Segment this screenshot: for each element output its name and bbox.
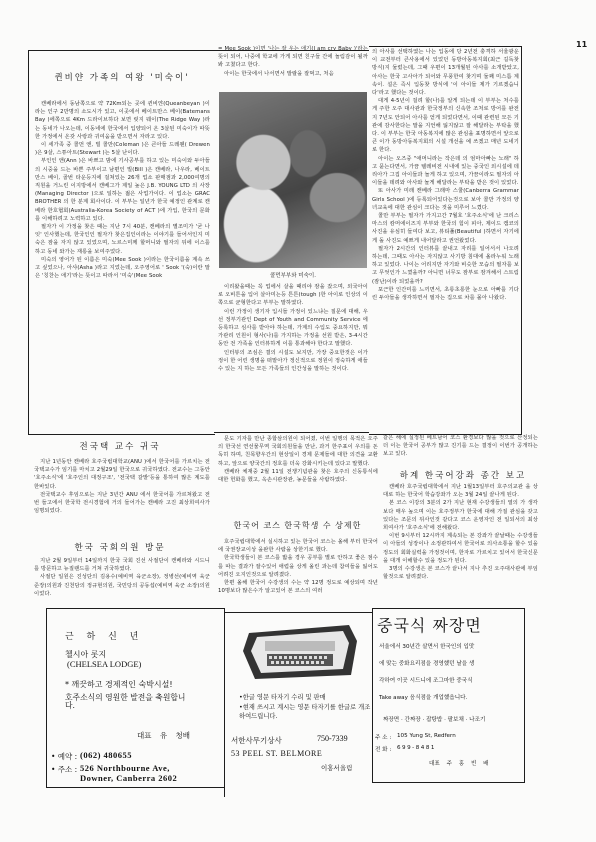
- feature-article-col2: = Mee Sook )이면 '나는 잘 우는 애기(I am cry Baby…: [218, 45, 368, 78]
- professor-article: 지난 1년동안 캔베라 호주국립대학교(ANU )에서 한국어를 가르치는 전국…: [34, 458, 210, 515]
- paragraph: 콜만 부부는 필자가 가지고간 7월호 '호주소식'에 난 크리스마스의 캄머에…: [372, 212, 519, 245]
- paragraph: 호주국립대학에서 실시하고 있는 한국어 코스는 올해 부터 한국어에 국권장교…: [218, 538, 378, 554]
- paragraph: 지난 2월 9일부터 14일까지 한국 국회 진선 사절단이 캔베라와 시드니를…: [34, 557, 210, 573]
- assembly-headline: 한국 국회의원 방문: [30, 541, 210, 553]
- reservation-label: • 예약 :: [51, 751, 77, 762]
- restaurant-line1: 서울에서 30년간 살면서 한국인의 입맛: [379, 642, 474, 650]
- restaurant-line4: Take away 음식점을 개업했읍니다.: [379, 693, 467, 701]
- address-line2: Downer, Canberra 2602: [80, 773, 177, 783]
- paragraph: 필자가 2시간의 인터뷰를 끝내고 자리를 일어서서 나오려 하는데, 그때도 …: [372, 245, 519, 286]
- feature-headline: 퀸비얀 가족의 여왕 '미숙이': [32, 71, 212, 83]
- chelsea-lodge-ad: 근 하 신 년 첼시아 롯지 (CHELSEA LODGE) * 깨끗하고 경제…: [46, 608, 225, 788]
- paragraph: 캔베라 호주국립대학에서 지난 1월13일부터 호주의교관 을 상대로 하는 한…: [383, 483, 538, 499]
- address-label: • 주소 :: [51, 764, 77, 775]
- typewriter-phone: 750-7339: [317, 734, 348, 743]
- typewriter-service-1: •한글 영문 타자기 수리 및 판매: [239, 693, 371, 702]
- paragraph: 지난 1년동안 캔베라 호주국립대학교(ANU )에서 한국어를 가르치는 전국…: [34, 458, 210, 491]
- photo-caption: 콜먼부부와 미숙이.: [219, 271, 367, 279]
- paragraph: 전국택교수 후임으로는 지난 3년간 ANU 에서 한국어를 가르쳐왔고 전번 …: [34, 491, 210, 516]
- paragraph: 문도 기자를 만난 종합삼의원이 되어졌, 이번 일행의 목적은 오주의 한국선…: [218, 435, 378, 468]
- lodge-wish: 호주소식의 영원한 발전을 축원합니다.: [65, 694, 195, 710]
- typewriter-service-2: •현재 쓰시고 계시는 영문 타자기를 한글로 개조하여드립니다.: [239, 703, 371, 721]
- paragraph: 아이는 오즈중 "애머니라는 작은데 의 엄마아빠는 노래" 하고 묻는다면서,…: [372, 155, 519, 188]
- paragraph: 이번 9시부터 12시까지 계속되는 본 강좌가 끝날때는 수강생들이 아들의 …: [383, 532, 538, 565]
- paragraph: 이 세가족 중 콜먼 앤, 빌 콜만(Coleman )은 큰아들 드레웬( D…: [35, 141, 210, 157]
- paragraph: 캔베라에서 동남쪽으로 약 72Km되는 곳에 퀸비얀(Queanbeyan )…: [35, 100, 210, 141]
- paragraph: 이리왔을때는 꼭 업에서 살을 때리야 잠을 잤으며, 외국아이로 오비튼을 입…: [218, 283, 368, 308]
- course-headline: 한국어 코스 한국학생 수 상제한: [215, 520, 380, 531]
- paragraph: 부인인 앤(Ann )은 바쁘고 밤에 기사공부를 하고 있는 미숙이와 두아들…: [35, 157, 210, 223]
- address-line1: 526 Northbourne Ave,: [80, 763, 170, 773]
- paragraph: 인터뷰의 조심은 결의 시설도 보지만, 가장 중요한것은 이가정이 한 어린 …: [218, 349, 368, 374]
- course-article: 호주국립대학에서 실시하고 있는 한국어 코스는 올해 부터 한국어에 국권장교…: [218, 538, 378, 595]
- report-headline: 하계 한국어강좌 종간 보고: [383, 469, 543, 481]
- feature-article-col3: 의 아사를 선택하였는 나는 입동에 당 2년전 충격하 서울광운이 교전부터 …: [372, 48, 519, 302]
- restaurant-line2: 에 맞는 중화요리점을 경영했던 날을 생: [379, 659, 474, 667]
- restaurant-address: 105 Yung St, Redfern: [397, 733, 456, 739]
- paragraph: = Mee Sook )이면 '나는 잘 우는 애기(I am cry Baby…: [218, 45, 368, 70]
- feature-article-col2-cont: 이리왔을때는 꼭 업에서 살을 때리야 잠을 잤으며, 외국아이로 오비튼을 입…: [218, 283, 368, 373]
- paragraph: 한편 올해 한국어 수강생의 수는 약 12명 정도로 예상되며 작년 10명보…: [218, 579, 378, 595]
- restaurant-phone-label: 전 화 :: [375, 745, 391, 753]
- lodge-tagline: * 깨끗하고 경제적인 숙박시설!: [65, 679, 173, 690]
- restaurant-title: 중국식 짜장면: [377, 613, 482, 636]
- paragraph: 미숙의 영어가 된 이름은 미숙(Mee Sook )이라는 한국이름을 계속 …: [35, 256, 210, 281]
- paragraph: 아이는 한국에서 나서면서 발랄을 잘먹고, 처음: [218, 70, 368, 78]
- paragraph: 캔베라 체재중 2월 11일 전쟁기념관을 찾은 호주의 신동통식에 대한 헌화…: [218, 468, 378, 484]
- restaurant-phone: 699-8481: [397, 745, 436, 751]
- course-article-col3: 같은 해에 실정된 베트남어 코스 환경보다 많을 것으로 산정되는 더 이는 …: [383, 434, 538, 459]
- assembly-article-col2: 문도 기자를 만난 종합삼의원이 되어졌, 이번 일행의 목적은 오주의 한국선…: [218, 435, 378, 484]
- paragraph: 사절단 일원은 진성단의 김용수(예비역 육군소장), 정병선(예비역 육군준장…: [34, 573, 210, 598]
- restaurant-representative: 대표 주 홍 빈 배: [429, 759, 489, 767]
- jajangmyeon-ad: 중국식 짜장면 서울에서 30년간 살면서 한국인의 입맛 에 맞는 중화요리점…: [372, 608, 525, 783]
- paragraph: 본 코스 이강의 3분의 2가 지난 현재 수강생들의 열의 가 생각보다 매우…: [383, 499, 538, 532]
- report-article: 캔베라 호주국립대학에서 지난 1월13일부터 호주의교관 을 상대로 하는 한…: [383, 483, 538, 581]
- professor-headline: 전국택 교수 귀국: [30, 440, 210, 452]
- typewriter-icon: [241, 621, 359, 683]
- paragraph: 같은 해에 실정된 베트남어 코스 환경보다 많을 것으로 산정되는 더 이는 …: [383, 434, 538, 459]
- ad-greeting: 근 하 신 년: [65, 629, 143, 642]
- lodge-name-en: (CHELSEA LODGE): [67, 659, 141, 669]
- typewriter-company: 서한사무기상사: [231, 735, 282, 746]
- paragraph: 포근한 인간미를 느끼면서, 초롱초롱한 눈으로 아빠를 기다린 두아들을 생각…: [372, 286, 519, 302]
- assembly-article: 지난 2월 9일부터 14일까지 한국 국회 진선 사절단이 캔베라와 시드니를…: [34, 557, 210, 598]
- paragraph: 대게 4-5년이 걸려 할(나)를 알게 되는데 이 부부는 처수를 게 주한 …: [372, 97, 519, 154]
- feature-article-col1: 캔베라에서 동남쪽으로 약 72Km되는 곳에 퀸비얀(Queanbeyan )…: [35, 100, 210, 280]
- typewriter-owner: 이홍서올림: [321, 763, 352, 772]
- reservation-phone: (062) 480655: [80, 750, 132, 760]
- paragraph: 필자가 이 가정을 찾은 때는 지난 7시 40분, 캔베라의 별조미가 '굳 …: [35, 223, 210, 256]
- page-number: 11: [576, 40, 587, 49]
- paragraph: 한국학생들이 본 코스를 밟을 경우 공부를 별로 안하고 좋은 점수를 따는 …: [218, 554, 378, 579]
- restaurant-line3: 각하여 이곳 시드니에 조그마한 중국식: [379, 676, 473, 684]
- family-photo: [219, 92, 367, 268]
- paragraph: 의 아사를 선택하였는 나는 입동에 당 2년전 충격하 서울광운이 교전부터 …: [372, 48, 519, 97]
- restaurant-address-label: 주 소 :: [375, 733, 391, 741]
- typewriter-ad: •한글 영문 타자기 수리 및 판매 •현재 쓰시고 계시는 영문 타자기를 한…: [224, 612, 373, 797]
- newspaper-page: 11 퀸비얀 가족의 여왕 '미숙이' 캔베라에서 동남쪽으로 약 72Km되는…: [0, 0, 596, 842]
- restaurant-menu: 짜장면 · 간짜장 · 잡탕밥 · 팔보채 · 나조기: [383, 715, 485, 723]
- paragraph: 또 아사가 미래 캔베라 그래마 스쿨(Canberra Grammar Gir…: [372, 187, 519, 212]
- lodge-representative: 대표 유 청배: [137, 730, 190, 741]
- paragraph: 이런 가정이 생기자 입시들 가정이 있느냐는 질문에 대해, 우선 정부기관인…: [218, 308, 368, 349]
- paragraph: 3명의 수강생은 본 코스가 끝나서 지나 추진 오주대사관에 부임할것으로 알…: [383, 565, 538, 581]
- typewriter-address: 53 PEEL ST. BELMORE: [231, 749, 322, 758]
